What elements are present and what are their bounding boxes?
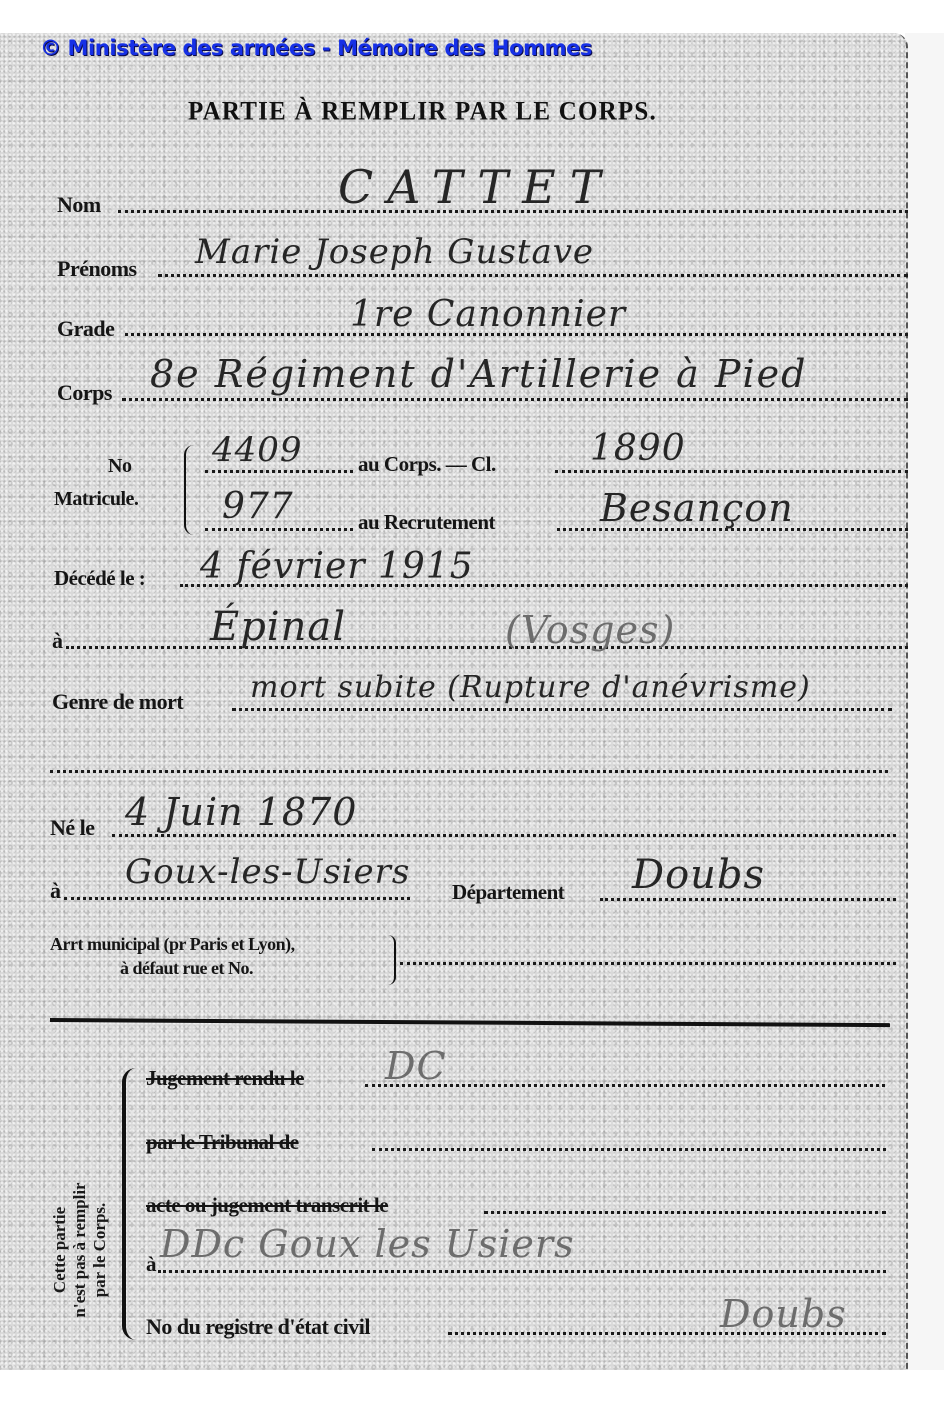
side-note-line-3: par le Corps. [90, 1135, 110, 1365]
decede-a-label: à [52, 628, 63, 654]
registre-value: Doubs [720, 1292, 847, 1336]
arrondissement-line [400, 962, 896, 965]
ne-le-line [112, 834, 896, 837]
form-title: PARTIE À REMPLIR PAR LE CORPS. [188, 97, 657, 126]
tribunal-line [372, 1148, 886, 1151]
scan-margin [905, 33, 944, 1370]
copyright-watermark: © Ministère des armées - Mémoire des Hom… [40, 36, 592, 60]
matricule-label-no: No [108, 455, 131, 478]
prenoms-line [158, 274, 908, 277]
classe-value: 1890 [590, 428, 686, 469]
ne-a-value: Goux-les-Usiers [125, 852, 410, 892]
transcrit-a-line [158, 1270, 886, 1273]
ne-le-label: Né le [50, 815, 95, 841]
prenoms-label: Prénoms [57, 256, 137, 282]
grade-value: 1re Canonnier [350, 294, 626, 335]
tribunal-label: par le Tribunal de [146, 1130, 299, 1155]
transcrit-a-label: à [146, 1252, 156, 1277]
matricule-corps-value: 4409 [212, 430, 303, 470]
departement-label: Département [452, 880, 564, 905]
classe-line [555, 470, 908, 473]
matricule-recrutement-line [205, 528, 353, 531]
ne-le-value: 4 Juin 1870 [125, 790, 357, 834]
grade-label: Grade [57, 316, 114, 342]
corps-line [122, 398, 908, 401]
departement-value: Doubs [632, 852, 765, 898]
side-note-line-2: n'est pas à remplir [70, 1135, 90, 1365]
nom-value: CATTET [338, 160, 614, 214]
prenoms-value: Marie Joseph Gustave [195, 232, 594, 272]
genre-de-mort-line [232, 708, 892, 711]
arrondissement-label-2: à défaut rue et No. [120, 958, 253, 979]
departement-line [600, 898, 896, 901]
ne-a-line [64, 897, 410, 900]
side-note: Cette partie n'est pas à remplir par le … [50, 1135, 110, 1365]
genre-de-mort-label: Genre de mort [52, 689, 183, 715]
decede-a-note: (Vosges) [505, 608, 675, 652]
acte-transcrit-line [484, 1211, 886, 1214]
arrondissement-brace [388, 935, 396, 985]
au-corps-label: au Corps. — Cl. [358, 452, 496, 477]
jugement-rendu-label: Jugement rendu le [146, 1066, 304, 1091]
transcrit-a-value: DDc Goux les Usiers [160, 1222, 575, 1266]
matricule-brace [184, 445, 194, 535]
acte-transcrit-label: acte ou jugement transcrit le [146, 1193, 388, 1218]
nom-label: Nom [57, 192, 101, 218]
matricule-label: Matricule. [54, 488, 138, 511]
decede-le-value: 4 février 1915 [200, 546, 474, 587]
arrondissement-label: Arrt municipal (pr Paris et Lyon), [50, 934, 295, 955]
side-note-line-1: Cette partie [50, 1135, 70, 1365]
decede-a-value: Épinal [210, 604, 346, 650]
jugement-rendu-value: DC [385, 1044, 447, 1088]
genre-de-mort-line-2 [50, 770, 888, 773]
registre-label: No du registre d'état civil [146, 1314, 370, 1340]
matricule-recrutement-value: 977 [222, 486, 294, 527]
lower-section-brace [122, 1068, 136, 1340]
genre-de-mort-value: mort subite (Rupture d'anévrisme) [250, 670, 811, 705]
decede-le-label: Décédé le : [54, 566, 145, 591]
corps-label: Corps [57, 380, 112, 406]
decede-a-line [66, 646, 908, 649]
au-recrutement-label: au Recrutement [358, 510, 495, 535]
ne-a-label: à [50, 878, 61, 904]
matricule-corps-line [205, 470, 353, 473]
recrutement-place-value: Besançon [600, 486, 794, 530]
corps-value: 8e Régiment d'Artillerie à Pied [150, 352, 807, 396]
